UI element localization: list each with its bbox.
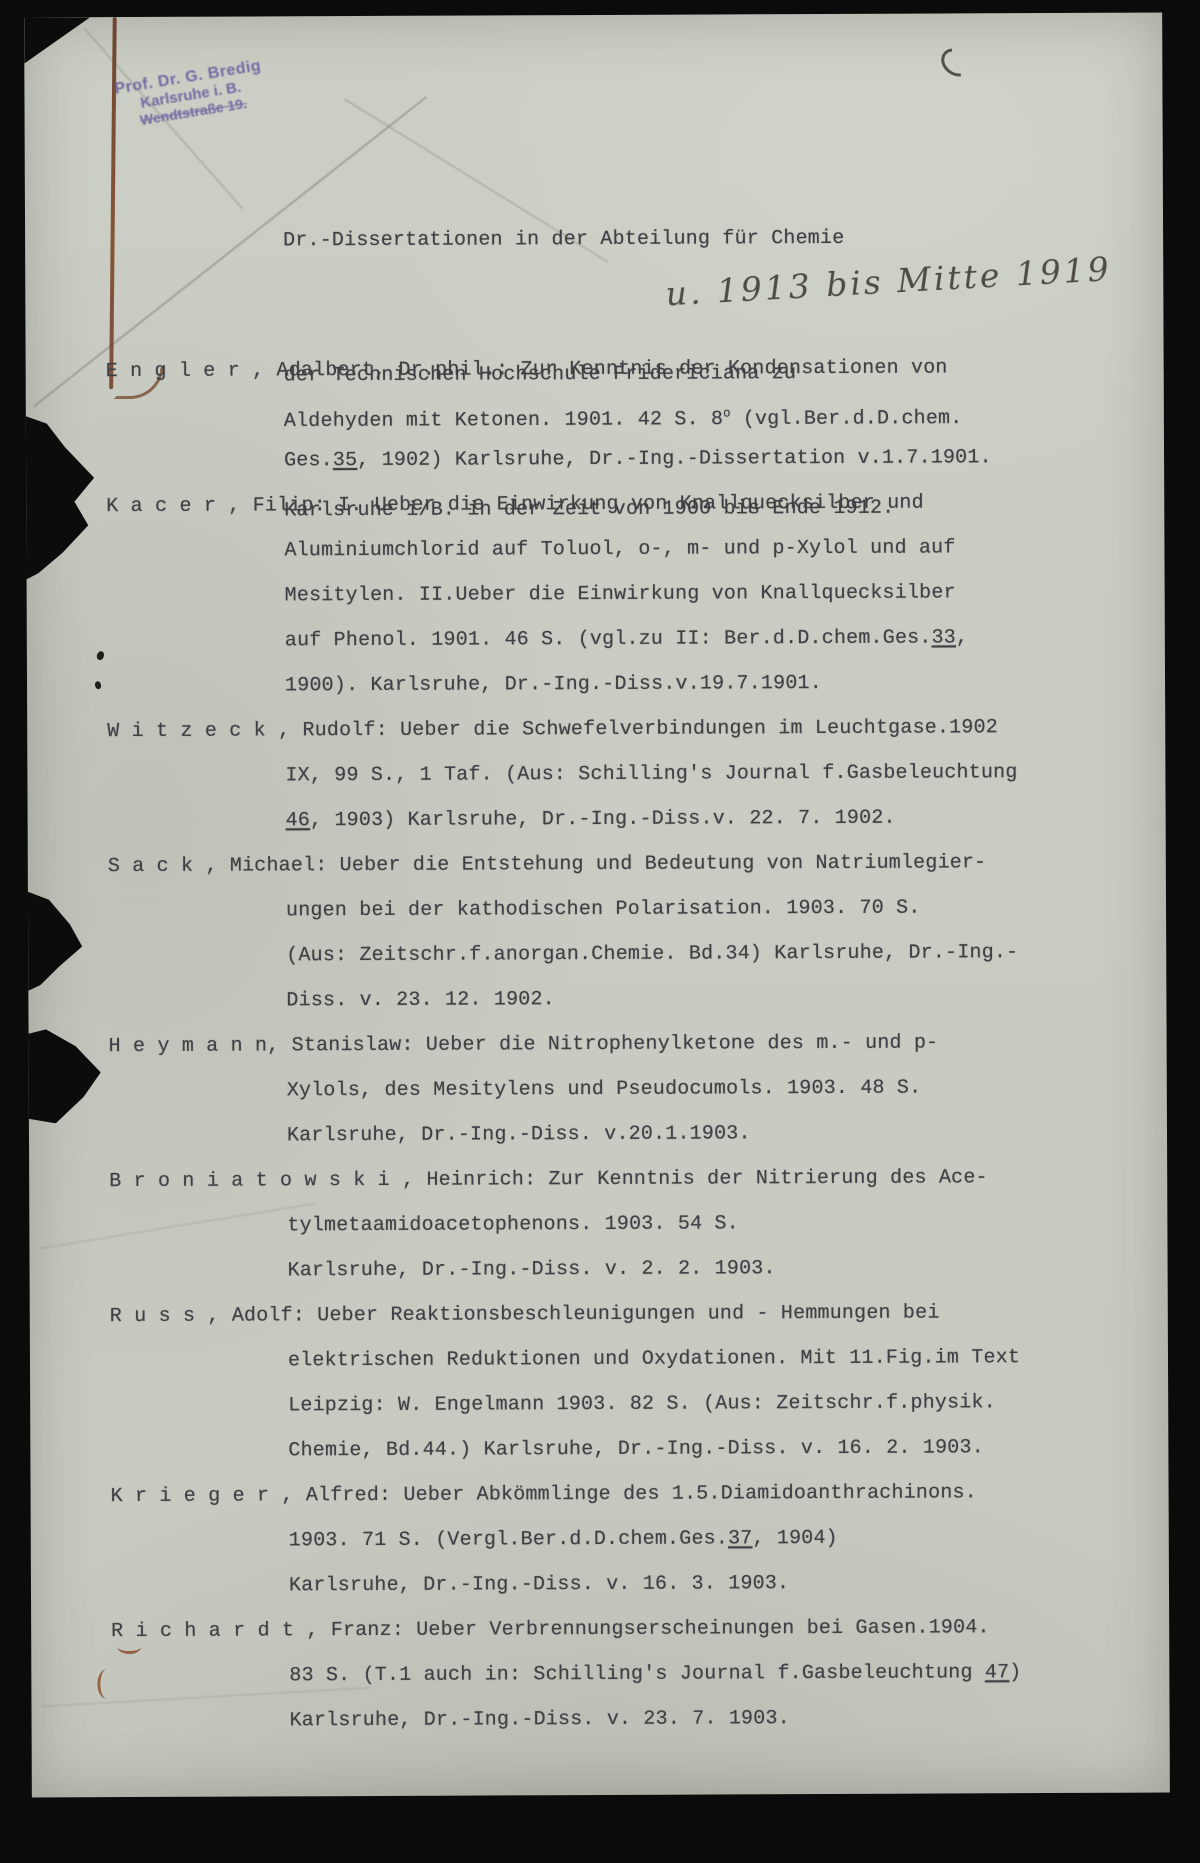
entry-line: 1903. 71 S. (Vergl.Ber.d.D.chem.Ges.37, … [289, 1515, 1021, 1563]
entry-line: Aldehyden mit Ketonen. 1901. 42 S. 8o (v… [284, 390, 1016, 438]
entry-line: (Aus: Zeitschr.f.anorgan.Chemie. Bd.34) … [286, 930, 1018, 978]
corner-curl-mark [936, 43, 977, 83]
owner-stamp: Prof. Dr. G. Bredig Karlsruhe i. B. Wend… [113, 57, 267, 131]
entry-line: Karlsruhe, Dr.-Ing.-Diss. v.20.1.1903. [287, 1110, 1019, 1158]
torn-edge-top-left [24, 17, 90, 63]
dissertation-entry: H e y m a n n, Stanislaw: Ueber die Nitr… [109, 1020, 1020, 1159]
entry-line: K a c e r , Filip: I. Ueber die Einwirku… [106, 480, 1016, 529]
ink-speck [94, 681, 102, 690]
dissertation-entry: R u s s , Adolf: Ueber Reaktionsbeschleu… [110, 1290, 1021, 1474]
entry-line: R i c h a r d t , Franz: Ueber Verbrennu… [111, 1605, 1021, 1654]
title-line: Dr.-Dissertationen in der Abteilung für … [283, 216, 893, 264]
scanned-document-background: Prof. Dr. G. Bredig Karlsruhe i. B. Wend… [0, 0, 1200, 1863]
entry-line: Leipzig: W. Engelmann 1903. 82 S. (Aus: … [288, 1380, 1020, 1428]
dissertation-entry: E n g l e r , Adalbert, Dr.phil.: Zur Ke… [106, 345, 1017, 484]
entry-line: W i t z e c k , Rudolf: Ueber die Schwef… [107, 705, 1017, 754]
dissertation-entry: R i c h a r d t , Franz: Ueber Verbrennu… [111, 1605, 1022, 1744]
entry-line: E n g l e r , Adalbert, Dr.phil.: Zur Ke… [106, 345, 1016, 394]
entry-line: 83 S. (T.1 auch in: Schilling's Journal … [289, 1650, 1021, 1698]
entry-line: 1900). Karlsruhe, Dr.-Ing.-Diss.v.19.7.1… [285, 660, 1017, 708]
brown-fold-line [109, 17, 117, 389]
ink-speck [96, 650, 106, 661]
torn-edge-left-middle [24, 889, 82, 993]
entry-line: IX, 99 S., 1 Taf. (Aus: Schilling's Jour… [285, 750, 1017, 798]
entry-line: tylmetaamidoacetophenons. 1903. 54 S. [287, 1200, 1019, 1248]
entry-line: K r i e g e r , Alfred: Ueber Abkömmling… [110, 1470, 1020, 1519]
entry-line: Mesitylen. II.Ueber die Einwirkung von K… [285, 570, 1017, 618]
entry-line: B r o n i a t o w s k i , Heinrich: Zur … [109, 1155, 1019, 1204]
entry-line: R u s s , Adolf: Ueber Reaktionsbeschleu… [110, 1290, 1020, 1339]
torn-edge-left-lower [24, 1029, 101, 1123]
entry-line: elektrischen Reduktionen und Oxydationen… [288, 1335, 1020, 1383]
dissertation-entry: S a c k , Michael: Ueber die Entstehung … [108, 840, 1019, 1024]
red-pencil-mark [97, 1669, 116, 1699]
entry-line: H e y m a n n, Stanislaw: Ueber die Nitr… [109, 1020, 1019, 1069]
torn-edge-left-upper [24, 413, 94, 583]
entries: E n g l e r , Adalbert, Dr.phil.: Zur Ke… [106, 345, 1022, 1744]
entry-line: ungen bei der kathodischen Polarisation.… [286, 885, 1018, 933]
entry-line: Ges.35, 1902) Karlsruhe, Dr.-Ing.-Disser… [284, 435, 1016, 483]
paper-sheet: Prof. Dr. G. Bredig Karlsruhe i. B. Wend… [24, 13, 1170, 1798]
entry-line: Diss. v. 23. 12. 1902. [286, 975, 1018, 1023]
dissertation-entry: K r i e g e r , Alfred: Ueber Abkömmling… [110, 1470, 1021, 1609]
entry-line: auf Phenol. 1901. 46 S. (vgl.zu II: Ber.… [285, 615, 1017, 663]
entry-line: Karlsruhe, Dr.-Ing.-Diss. v. 23. 7. 1903… [289, 1695, 1021, 1743]
entry-line: S a c k , Michael: Ueber die Entstehung … [108, 840, 1018, 889]
red-pencil-mark [117, 1639, 141, 1654]
entry-line: Karlsruhe, Dr.-Ing.-Diss. v. 2. 2. 1903. [287, 1245, 1019, 1293]
entry-line: Aluminiumchlorid auf Toluol, o-, m- und … [284, 525, 1016, 573]
dissertation-entry: B r o n i a t o w s k i , Heinrich: Zur … [109, 1155, 1020, 1294]
entry-line: Chemie, Bd.44.) Karlsruhe, Dr.-Ing.-Diss… [288, 1425, 1020, 1473]
dissertation-entry: W i t z e c k , Rudolf: Ueber die Schwef… [107, 705, 1018, 844]
entry-line: Karlsruhe, Dr.-Ing.-Diss. v. 16. 3. 1903… [289, 1560, 1021, 1608]
dissertation-entry: K a c e r , Filip: I. Ueber die Einwirku… [106, 480, 1017, 709]
entry-line: Xylols, des Mesitylens und Pseudocumols.… [287, 1065, 1019, 1113]
entry-line: 46, 1903) Karlsruhe, Dr.-Ing.-Diss.v. 22… [286, 795, 1018, 843]
